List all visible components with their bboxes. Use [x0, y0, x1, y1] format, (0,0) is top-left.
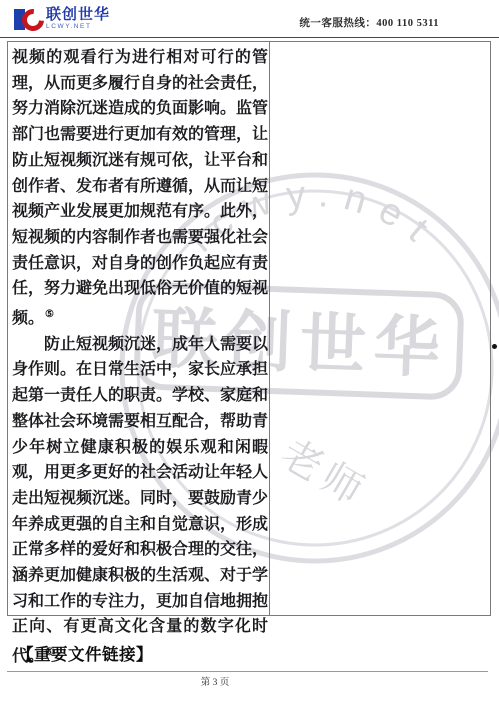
- footnote-ref: ⑤: [45, 309, 54, 320]
- paragraph: 视频的观看行为进行相对可行的管理，从而更多履行自身的社会责任，努力消除沉迷造成的…: [12, 45, 268, 332]
- footer-rule: [7, 671, 488, 672]
- hotline-text: 统一客服热线：400 110 5311: [299, 15, 439, 30]
- paragraph: 防止短视频沉迷，成年人需要以身作则。在日常生活中，家长应承担起第一责任人的职责。…: [12, 332, 268, 670]
- content-table: 视频的观看行为进行相对可行的管理，从而更多履行自身的社会责任，努力消除沉迷造成的…: [7, 41, 491, 616]
- header-rule: [0, 37, 499, 38]
- header: 联创世华 LCWY.NET 统一客服热线：400 110 5311: [0, 0, 499, 37]
- company-logo: 联创世华 LCWY.NET: [13, 7, 110, 32]
- page-number: 第 3 页: [140, 674, 290, 688]
- empty-column: [270, 42, 490, 615]
- text-column: 视频的观看行为进行相对可行的管理，从而更多履行自身的社会责任，努力消除沉迷造成的…: [8, 42, 270, 615]
- stray-dot: [492, 344, 497, 349]
- footer-section-heading: 【重要文件链接】: [17, 641, 153, 665]
- logo-name: 联创世华: [46, 7, 110, 22]
- logo-domain: LCWY.NET: [46, 24, 110, 31]
- logo-lc-icon: [13, 7, 43, 32]
